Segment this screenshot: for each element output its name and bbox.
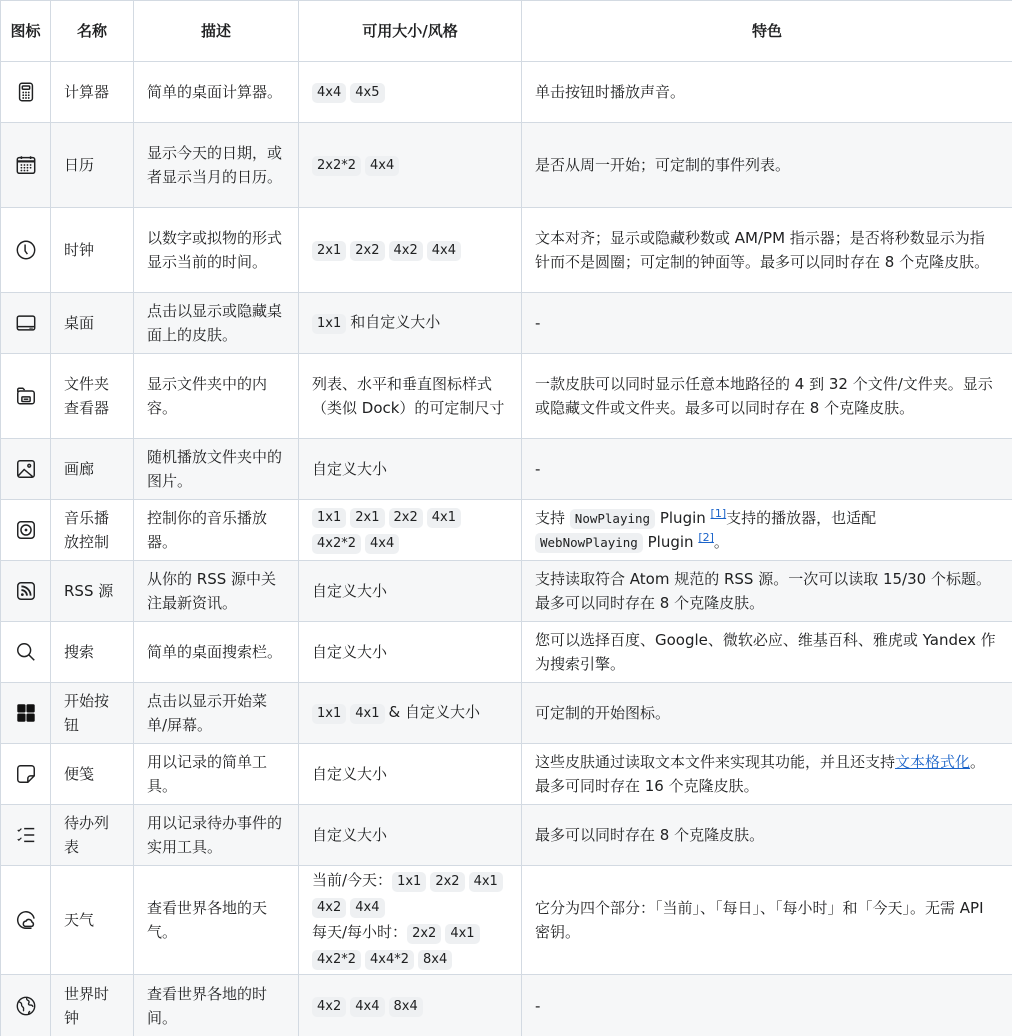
search-icon	[15, 641, 37, 663]
size-chip: 4x1	[469, 872, 503, 892]
calculator-icon	[15, 81, 37, 103]
row-features: 您可以选择百度、Google、微软必应、维基百科、雅虎或 Yandex 作为搜索…	[522, 622, 1012, 683]
header-icon: 图标	[1, 1, 51, 62]
text-formatting-link[interactable]: 文本格式化	[895, 753, 970, 771]
row-sizes: 自定义大小	[299, 744, 522, 805]
feature-text: 这些皮肤通过读取文本文件来实现其功能，并且还支持	[535, 753, 895, 771]
skins-table: 图标 名称 描述 可用大小/风格 特色 计算器 简单的桌面计算器。 4x44x5…	[0, 0, 1012, 1036]
row-name: 待办列表	[51, 805, 134, 866]
size-chip: 4x2*2	[312, 534, 361, 554]
feature-text: 。	[714, 533, 729, 551]
weather-icon	[15, 909, 37, 931]
row-features: 一款皮肤可以同时显示任意本地路径的 4 到 32 个文件/文件夹。显示或隐藏文件…	[522, 354, 1012, 439]
row-name: 天气	[51, 866, 134, 975]
row-features: 它分为四个部分：「当前」、「每日」、「每小时」和「今天」。无需 API 密钥。	[522, 866, 1012, 975]
feature-text: Plugin	[660, 509, 706, 527]
size-chip: 1x1	[312, 508, 346, 528]
row-name: 搜索	[51, 622, 134, 683]
header-sizes: 可用大小/风格	[299, 1, 522, 62]
row-sizes: 1x1和自定义大小	[299, 293, 522, 354]
table-row-search: 搜索 简单的桌面搜索栏。 自定义大小 您可以选择百度、Google、微软必应、维…	[1, 622, 1012, 683]
folder-icon	[15, 385, 37, 407]
size-chip: 2x2	[430, 872, 464, 892]
row-description: 用以记录待办事件的实用工具。	[134, 805, 299, 866]
size-chip: 4x4	[427, 241, 461, 261]
row-features: -	[522, 439, 1012, 500]
size-chip: 2x2	[407, 924, 441, 944]
size-chip: 4x2*2	[312, 950, 361, 970]
size-chip: 1x1	[392, 872, 426, 892]
table-row-weather: 天气 查看世界各地的天气。 当前/今天：1x12x24x14x24x4 每天/每…	[1, 866, 1012, 975]
clock-icon	[15, 239, 37, 261]
footnote-ref-2[interactable]: [2]	[698, 531, 714, 544]
row-sizes: 自定义大小	[299, 805, 522, 866]
table-row-world-clock: 世界时钟 查看世界各地的时间。 4x24x48x4 -	[1, 975, 1012, 1036]
row-description: 查看世界各地的时间。	[134, 975, 299, 1036]
table-row-folder-viewer: 文件夹查看器 显示文件夹中的内容。 列表、水平和垂直图标样式（类似 Dock）的…	[1, 354, 1012, 439]
table-row-calculator: 计算器 简单的桌面计算器。 4x44x5 单击按钮时播放声音。	[1, 62, 1012, 123]
table-row-gallery: 画廊 随机播放文件夹中的图片。 自定义大小 -	[1, 439, 1012, 500]
table-row-start-button: 开始按钮 点击以显示开始菜单/屏幕。 1x14x1& 自定义大小 可定制的开始图…	[1, 683, 1012, 744]
row-features: 这些皮肤通过读取文本文件来实现其功能，并且还支持文本格式化。最多可同时存在 16…	[522, 744, 1012, 805]
size-group-label: 每天/每小时：	[312, 923, 407, 941]
size-chip: 4x4	[365, 156, 399, 176]
footnote-ref-1[interactable]: [1]	[711, 507, 727, 520]
row-features: 单击按钮时播放声音。	[522, 62, 1012, 123]
size-chip: 4x2	[312, 997, 346, 1017]
size-chip: 4x4	[350, 997, 384, 1017]
row-description: 随机播放文件夹中的图片。	[134, 439, 299, 500]
row-description: 查看世界各地的天气。	[134, 866, 299, 975]
size-chip: 4x4	[312, 83, 346, 103]
row-name: 日历	[51, 123, 134, 208]
desktop-icon	[15, 312, 37, 334]
row-sizes: 1x12x12x24x14x2*24x4	[299, 500, 522, 561]
row-name: 时钟	[51, 208, 134, 293]
size-chip: 4x2	[312, 898, 346, 918]
row-sizes: 4x44x5	[299, 62, 522, 123]
size-group-label: 当前/今天：	[312, 871, 392, 889]
row-sizes: 列表、水平和垂直图标样式（类似 Dock）的可定制尺寸	[299, 354, 522, 439]
row-description: 从你的 RSS 源中关注最新资讯。	[134, 561, 299, 622]
size-chip: 8x4	[389, 997, 423, 1017]
row-description: 显示今天的日期，或者显示当月的日历。	[134, 123, 299, 208]
size-chip: 1x1	[312, 704, 346, 724]
sizes-suffix: 和自定义大小	[350, 313, 440, 331]
header-description: 描述	[134, 1, 299, 62]
size-chip: 2x1	[350, 508, 384, 528]
table-row-todo: 待办列表 用以记录待办事件的实用工具。 自定义大小 最多可以同时存在 8 个克隆…	[1, 805, 1012, 866]
windows-start-icon	[15, 702, 37, 724]
feature-text: 支持	[535, 509, 565, 527]
size-chip: 4x1	[427, 508, 461, 528]
size-chip: 2x1	[312, 241, 346, 261]
code-webnowplaying: WebNowPlaying	[535, 533, 643, 553]
row-features: 文本对齐；显示或隐藏秒数或 AM/PM 指示器；是否将秒数显示为指针而不是圆圈；…	[522, 208, 1012, 293]
row-name: 音乐播放控制	[51, 500, 134, 561]
row-features: 支持 NowPlaying Plugin [1]支持的播放器，也适配 WebNo…	[522, 500, 1012, 561]
row-features: 可定制的开始图标。	[522, 683, 1012, 744]
size-chip: 4x4	[350, 898, 384, 918]
size-chip: 1x1	[312, 314, 346, 334]
row-name: RSS 源	[51, 561, 134, 622]
size-chip: 2x2*2	[312, 156, 361, 176]
globe-icon	[15, 995, 37, 1017]
row-name: 文件夹查看器	[51, 354, 134, 439]
row-name: 画廊	[51, 439, 134, 500]
row-description: 点击以显示或隐藏桌面上的皮肤。	[134, 293, 299, 354]
feature-text: 支持的播放器，也适配	[726, 509, 876, 527]
sticky-note-icon	[15, 763, 37, 785]
music-disc-icon	[15, 519, 37, 541]
row-description: 以数字或拟物的形式显示当前的时间。	[134, 208, 299, 293]
feature-text: Plugin	[648, 533, 694, 551]
size-chip: 4x4*2	[365, 950, 414, 970]
code-nowplaying: NowPlaying	[570, 509, 655, 529]
row-sizes: 自定义大小	[299, 622, 522, 683]
row-description: 点击以显示开始菜单/屏幕。	[134, 683, 299, 744]
row-features: 是否从周一开始；可定制的事件列表。	[522, 123, 1012, 208]
size-chip: 8x4	[418, 950, 452, 970]
row-description: 简单的桌面搜索栏。	[134, 622, 299, 683]
checklist-icon	[15, 824, 37, 846]
size-chip: 4x4	[365, 534, 399, 554]
row-name: 计算器	[51, 62, 134, 123]
row-name: 开始按钮	[51, 683, 134, 744]
row-sizes: 4x24x48x4	[299, 975, 522, 1036]
row-name: 桌面	[51, 293, 134, 354]
footnote-link-2[interactable]: [2]	[698, 531, 714, 544]
row-sizes: 1x14x1& 自定义大小	[299, 683, 522, 744]
row-sizes: 2x2*24x4	[299, 123, 522, 208]
row-description: 控制你的音乐播放器。	[134, 500, 299, 561]
row-sizes: 当前/今天：1x12x24x14x24x4 每天/每小时：2x24x14x2*2…	[299, 866, 522, 975]
row-features: -	[522, 975, 1012, 1036]
table-row-sticky-note: 便笺 用以记录的简单工具。 自定义大小 这些皮肤通过读取文本文件来实现其功能，并…	[1, 744, 1012, 805]
size-chip: 2x2	[350, 241, 384, 261]
calendar-icon	[15, 154, 37, 176]
size-chip: 4x2	[389, 241, 423, 261]
table-row-rss: RSS 源 从你的 RSS 源中关注最新资讯。 自定义大小 支持读取符合 Ato…	[1, 561, 1012, 622]
rss-icon	[15, 580, 37, 602]
image-icon	[15, 458, 37, 480]
table-row-music-player: 音乐播放控制 控制你的音乐播放器。 1x12x12x24x14x2*24x4 支…	[1, 500, 1012, 561]
row-features: 支持读取符合 Atom 规范的 RSS 源。一次可以读取 15/30 个标题。最…	[522, 561, 1012, 622]
row-sizes: 自定义大小	[299, 439, 522, 500]
row-name: 世界时钟	[51, 975, 134, 1036]
row-description: 显示文件夹中的内容。	[134, 354, 299, 439]
row-sizes: 2x12x24x24x4	[299, 208, 522, 293]
row-sizes: 自定义大小	[299, 561, 522, 622]
size-chip: 4x1	[445, 924, 479, 944]
row-features: 最多可以同时存在 8 个克隆皮肤。	[522, 805, 1012, 866]
header-name: 名称	[51, 1, 134, 62]
footnote-link-1[interactable]: [1]	[711, 507, 727, 520]
table-header-row: 图标 名称 描述 可用大小/风格 特色	[1, 1, 1012, 62]
size-chip: 4x5	[350, 83, 384, 103]
sizes-suffix: & 自定义大小	[389, 703, 480, 721]
row-features: -	[522, 293, 1012, 354]
header-features: 特色	[522, 1, 1012, 62]
row-name: 便笺	[51, 744, 134, 805]
size-chip: 2x2	[389, 508, 423, 528]
table-row-desktop: 桌面 点击以显示或隐藏桌面上的皮肤。 1x1和自定义大小 -	[1, 293, 1012, 354]
table-row-calendar: 日历 显示今天的日期，或者显示当月的日历。 2x2*24x4 是否从周一开始；可…	[1, 123, 1012, 208]
row-description: 简单的桌面计算器。	[134, 62, 299, 123]
size-chip: 4x1	[350, 704, 384, 724]
row-description: 用以记录的简单工具。	[134, 744, 299, 805]
table-row-clock: 时钟 以数字或拟物的形式显示当前的时间。 2x12x24x24x4 文本对齐；显…	[1, 208, 1012, 293]
